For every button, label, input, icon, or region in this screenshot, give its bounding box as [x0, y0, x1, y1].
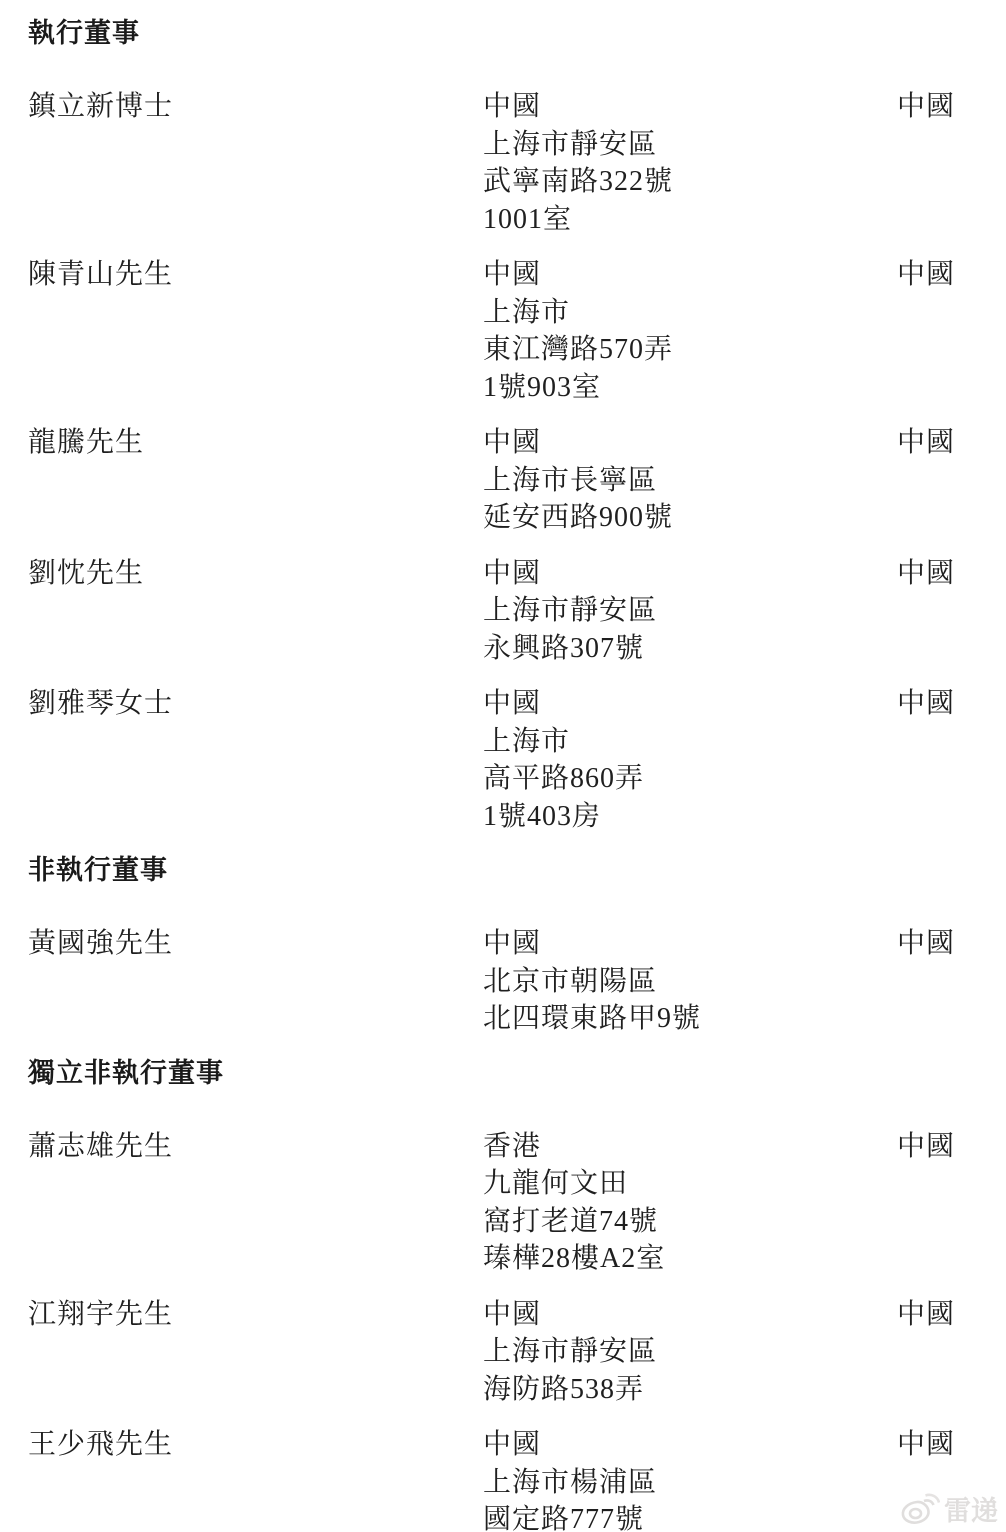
address-line: 窩打老道74號	[483, 1203, 897, 1241]
director-nationality: 中國	[897, 925, 1006, 963]
director-row: 江翔宇先生 中國 上海市靜安區 海防路538弄 中國	[28, 1296, 1006, 1409]
address-line: 北京市朝陽區	[483, 963, 897, 1001]
address-line: 國定路777號	[483, 1501, 897, 1532]
address-line: 北四環東路甲9號	[483, 1000, 897, 1038]
director-address: 中國 上海市靜安區 永興路307號	[483, 555, 897, 668]
document-page: 執行董事 鎮立新博士 中國 上海市靜安區 武寧南路322號 1001室 中國 陳…	[0, 0, 1006, 1532]
watermark: 雷递	[900, 1489, 998, 1528]
address-line: 1號903室	[483, 369, 897, 407]
address-line: 上海市	[483, 294, 897, 332]
director-name: 劉忱先生	[28, 555, 483, 593]
address-line: 中國	[483, 685, 897, 723]
director-nationality: 中國	[897, 424, 1006, 462]
director-nationality: 中國	[897, 685, 1006, 723]
director-name: 黃國強先生	[28, 925, 483, 963]
weibo-logo-icon	[900, 1492, 940, 1526]
director-address: 香港 九龍何文田 窩打老道74號 瑧樺28樓A2室	[483, 1128, 897, 1278]
director-nationality: 中國	[897, 1128, 1006, 1166]
director-address: 中國 上海市楊浦區 國定路777號	[483, 1426, 897, 1532]
address-line: 永興路307號	[483, 630, 897, 668]
director-nationality: 中國	[897, 1296, 1006, 1334]
director-address: 中國 北京市朝陽區 北四環東路甲9號	[483, 925, 897, 1038]
address-line: 中國	[483, 88, 897, 126]
director-nationality: 中國	[897, 555, 1006, 593]
director-name: 鎮立新博士	[28, 88, 483, 126]
director-row: 黃國強先生 中國 北京市朝陽區 北四環東路甲9號 中國	[28, 925, 1006, 1038]
address-line: 中國	[483, 424, 897, 462]
director-name: 王少飛先生	[28, 1426, 483, 1464]
director-nationality: 中國	[897, 1426, 1006, 1464]
address-line: 上海市靜安區	[483, 592, 897, 630]
address-line: 1號403房	[483, 798, 897, 836]
address-line: 海防路538弄	[483, 1371, 897, 1409]
director-row: 陳青山先生 中國 上海市 東江灣路570弄 1號903室 中國	[28, 256, 1006, 406]
director-address: 中國 上海市靜安區 武寧南路322號 1001室	[483, 88, 897, 238]
director-row: 蕭志雄先生 香港 九龍何文田 窩打老道74號 瑧樺28樓A2室 中國	[28, 1128, 1006, 1278]
director-name: 江翔宇先生	[28, 1296, 483, 1334]
address-line: 中國	[483, 555, 897, 593]
address-line: 東江灣路570弄	[483, 331, 897, 369]
section-heading: 執行董事	[28, 18, 1006, 48]
address-line: 香港	[483, 1128, 897, 1166]
section-executive-directors: 執行董事 鎮立新博士 中國 上海市靜安區 武寧南路322號 1001室 中國 陳…	[28, 18, 1006, 835]
section-heading: 獨立非執行董事	[28, 1058, 1006, 1088]
section-heading: 非執行董事	[28, 855, 1006, 885]
address-line: 武寧南路322號	[483, 163, 897, 201]
address-line: 中國	[483, 1296, 897, 1334]
director-name: 蕭志雄先生	[28, 1128, 483, 1166]
address-line: 中國	[483, 925, 897, 963]
address-line: 中國	[483, 256, 897, 294]
address-line: 九龍何文田	[483, 1165, 897, 1203]
director-address: 中國 上海市靜安區 海防路538弄	[483, 1296, 897, 1409]
director-row: 劉雅琴女士 中國 上海市 高平路860弄 1號403房 中國	[28, 685, 1006, 835]
section-independent-non-executive-directors: 獨立非執行董事 蕭志雄先生 香港 九龍何文田 窩打老道74號 瑧樺28樓A2室 …	[28, 1058, 1006, 1532]
director-row: 王少飛先生 中國 上海市楊浦區 國定路777號 中國	[28, 1426, 1006, 1532]
address-line: 中國	[483, 1426, 897, 1464]
address-line: 上海市	[483, 723, 897, 761]
watermark-label: 雷递	[944, 1489, 998, 1528]
director-nationality: 中國	[897, 88, 1006, 126]
director-nationality: 中國	[897, 256, 1006, 294]
director-row: 龍騰先生 中國 上海市長寧區 延安西路900號 中國	[28, 424, 1006, 537]
director-name: 龍騰先生	[28, 424, 483, 462]
director-address: 中國 上海市 高平路860弄 1號403房	[483, 685, 897, 835]
section-non-executive-directors: 非執行董事 黃國強先生 中國 北京市朝陽區 北四環東路甲9號 中國	[28, 855, 1006, 1038]
address-line: 上海市長寧區	[483, 462, 897, 500]
address-line: 瑧樺28樓A2室	[483, 1240, 897, 1278]
director-row: 劉忱先生 中國 上海市靜安區 永興路307號 中國	[28, 555, 1006, 668]
director-name: 陳青山先生	[28, 256, 483, 294]
address-line: 上海市靜安區	[483, 126, 897, 164]
address-line: 延安西路900號	[483, 499, 897, 537]
director-address: 中國 上海市 東江灣路570弄 1號903室	[483, 256, 897, 406]
address-line: 高平路860弄	[483, 760, 897, 798]
director-name: 劉雅琴女士	[28, 685, 483, 723]
address-line: 1001室	[483, 201, 897, 239]
director-row: 鎮立新博士 中國 上海市靜安區 武寧南路322號 1001室 中國	[28, 88, 1006, 238]
address-line: 上海市楊浦區	[483, 1464, 897, 1502]
director-address: 中國 上海市長寧區 延安西路900號	[483, 424, 897, 537]
address-line: 上海市靜安區	[483, 1333, 897, 1371]
